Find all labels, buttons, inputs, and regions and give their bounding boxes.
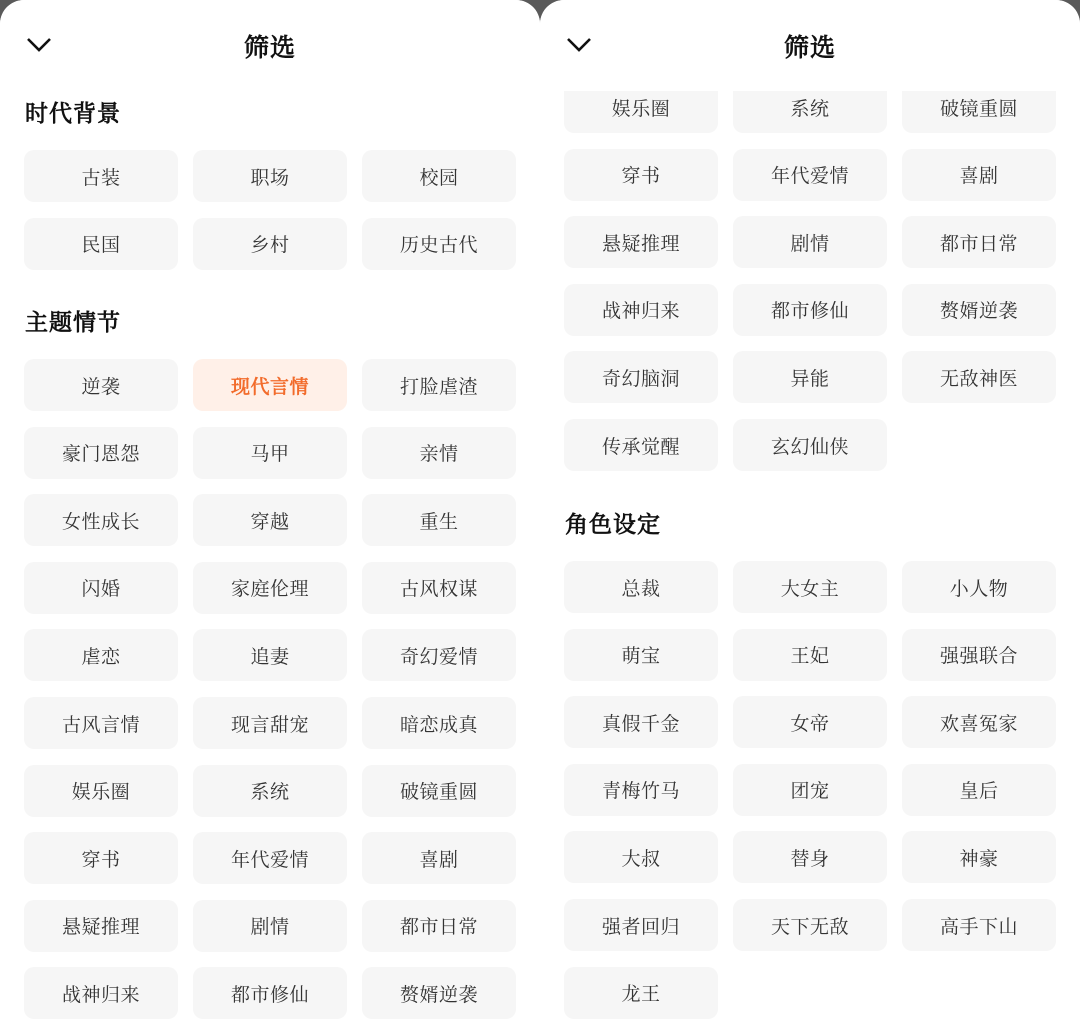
- filter-chip[interactable]: 都市日常: [362, 900, 516, 952]
- filter-chip[interactable]: 萌宝: [564, 629, 718, 681]
- filter-chip[interactable]: 奇幻爱情: [362, 629, 516, 681]
- filter-chip[interactable]: 都市修仙: [733, 284, 887, 336]
- filter-chip[interactable]: 喜剧: [362, 832, 516, 884]
- filter-chip[interactable]: 替身: [733, 831, 887, 883]
- filter-panel-right: 娱乐圈系统破镜重圆穿书年代爱情喜剧悬疑推理剧情都市日常战神归来都市修仙赘婿逆袭奇…: [540, 0, 1080, 1030]
- filter-chip[interactable]: 女性成长: [24, 494, 178, 546]
- filter-chip[interactable]: 重生: [362, 494, 516, 546]
- filter-chip[interactable]: 异能: [733, 351, 887, 403]
- filter-chip[interactable]: 王妃: [733, 629, 887, 681]
- filter-chip[interactable]: 虐恋: [24, 629, 178, 681]
- filter-chip[interactable]: 逆袭: [24, 359, 178, 411]
- filter-chip[interactable]: 总裁: [564, 561, 718, 613]
- filter-chip[interactable]: 玄幻仙侠: [733, 419, 887, 471]
- filter-chip[interactable]: 亲情: [362, 427, 516, 479]
- filter-chip[interactable]: 现言甜宠: [193, 697, 347, 749]
- filter-chip[interactable]: 穿越: [193, 494, 347, 546]
- filter-chip[interactable]: 青梅竹马: [564, 764, 718, 816]
- filter-scroll-area[interactable]: 时代背景古装职场校园民国乡村历史古代主题情节逆袭现代言情打脸虐渣豪门恩怨马甲亲情…: [0, 0, 540, 1030]
- filter-chip[interactable]: 破镜重圆: [362, 765, 516, 817]
- filter-chip[interactable]: 穿书: [564, 149, 718, 201]
- filter-chip[interactable]: 年代爱情: [733, 149, 887, 201]
- filter-chip[interactable]: 剧情: [193, 900, 347, 952]
- filter-chip[interactable]: 欢喜冤家: [902, 696, 1056, 748]
- filter-chip[interactable]: 民国: [24, 218, 178, 270]
- filter-chip[interactable]: 高手下山: [902, 899, 1056, 951]
- filter-panel-left: 时代背景古装职场校园民国乡村历史古代主题情节逆袭现代言情打脸虐渣豪门恩怨马甲亲情…: [0, 0, 540, 1030]
- filter-chip[interactable]: 古装: [24, 150, 178, 202]
- filter-chip[interactable]: 悬疑推理: [24, 900, 178, 952]
- section-title: 时代背景: [25, 95, 121, 128]
- filter-chip[interactable]: 娱乐圈: [24, 765, 178, 817]
- filter-chip[interactable]: 神豪: [902, 831, 1056, 883]
- filter-chip[interactable]: 校园: [362, 150, 516, 202]
- filter-chip[interactable]: 强者回归: [564, 899, 718, 951]
- filter-chip[interactable]: 打脸虐渣: [362, 359, 516, 411]
- filter-chip[interactable]: 都市修仙: [193, 967, 347, 1019]
- filter-chip[interactable]: 团宠: [733, 764, 887, 816]
- page-title: 筛选: [0, 28, 540, 64]
- filter-chip[interactable]: 战神归来: [24, 967, 178, 1019]
- filter-chip[interactable]: 闪婚: [24, 562, 178, 614]
- filter-chip[interactable]: 大女主: [733, 561, 887, 613]
- filter-chip[interactable]: 暗恋成真: [362, 697, 516, 749]
- filter-chip[interactable]: 年代爱情: [193, 832, 347, 884]
- filter-chip[interactable]: 强强联合: [902, 629, 1056, 681]
- panel-header: 筛选: [540, 0, 1080, 91]
- filter-chip[interactable]: 剧情: [733, 216, 887, 268]
- filter-chip[interactable]: 职场: [193, 150, 347, 202]
- filter-chip[interactable]: 家庭伦理: [193, 562, 347, 614]
- filter-chip[interactable]: 女帝: [733, 696, 887, 748]
- filter-chip[interactable]: 赘婿逆袭: [362, 967, 516, 1019]
- filter-chip[interactable]: 奇幻脑洞: [564, 351, 718, 403]
- filter-chip[interactable]: 古风言情: [24, 697, 178, 749]
- filter-chip[interactable]: 大叔: [564, 831, 718, 883]
- filter-chip[interactable]: 悬疑推理: [564, 216, 718, 268]
- panel-header: 筛选: [0, 0, 540, 91]
- filter-chip[interactable]: 穿书: [24, 832, 178, 884]
- filter-chip[interactable]: 历史古代: [362, 218, 516, 270]
- filter-chip[interactable]: 都市日常: [902, 216, 1056, 268]
- filter-chip[interactable]: 乡村: [193, 218, 347, 270]
- filter-chip[interactable]: 天下无敌: [733, 899, 887, 951]
- filter-scroll-area[interactable]: 娱乐圈系统破镜重圆穿书年代爱情喜剧悬疑推理剧情都市日常战神归来都市修仙赘婿逆袭奇…: [540, 0, 1080, 1030]
- filter-chip[interactable]: 传承觉醒: [564, 419, 718, 471]
- filter-chip[interactable]: 马甲: [193, 427, 347, 479]
- filter-chip[interactable]: 古风权谋: [362, 562, 516, 614]
- filter-chip[interactable]: 龙王: [564, 967, 718, 1019]
- section-title: 主题情节: [25, 304, 121, 337]
- page-title: 筛选: [540, 28, 1080, 64]
- filter-chip[interactable]: 豪门恩怨: [24, 427, 178, 479]
- filter-chip[interactable]: 真假千金: [564, 696, 718, 748]
- filter-chip[interactable]: 喜剧: [902, 149, 1056, 201]
- filter-chip[interactable]: 无敌神医: [902, 351, 1056, 403]
- filter-chip[interactable]: 现代言情: [193, 359, 347, 411]
- filter-chip[interactable]: 追妻: [193, 629, 347, 681]
- filter-chip[interactable]: 赘婿逆袭: [902, 284, 1056, 336]
- filter-chip[interactable]: 战神归来: [564, 284, 718, 336]
- filter-chip[interactable]: 系统: [193, 765, 347, 817]
- filter-chip[interactable]: 皇后: [902, 764, 1056, 816]
- section-title: 角色设定: [565, 506, 661, 539]
- filter-chip[interactable]: 小人物: [902, 561, 1056, 613]
